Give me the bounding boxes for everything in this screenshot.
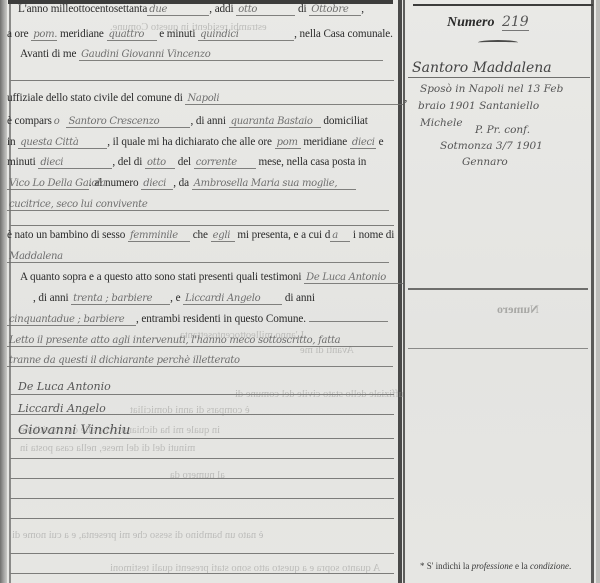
- form-line-comune: uffiziale dello stato civile del comune …: [7, 92, 407, 105]
- panel-divider: [408, 348, 588, 349]
- form-line-declarant: è comparso Santoro Crescenzo, di anni qu…: [7, 115, 368, 128]
- signature-rule: [10, 438, 394, 439]
- witness2-age-entry: cinquantadue ; barbiere: [7, 314, 136, 326]
- form-line-time: a ore pom. meridiane quattro e minuti qu…: [7, 28, 393, 41]
- record-number: Numero 219: [447, 14, 529, 31]
- form-line-date: L'anno milleottocentosettantadue, addi o…: [18, 3, 364, 16]
- blank-rule: [10, 518, 394, 519]
- form-line-birth-date: minuti dieci, del di otto del corrente m…: [7, 156, 366, 169]
- page-edge: [596, 0, 600, 583]
- day-entry: otto: [236, 4, 295, 16]
- birth-minutes-entry: dieci: [38, 157, 112, 169]
- blank-rule: [10, 553, 394, 554]
- marriage-annotation-line: Sotmonza 3/7 1901: [440, 140, 543, 152]
- signature-rule: [10, 394, 394, 395]
- child-name-entry: Maddalena: [7, 251, 389, 263]
- domicile-entry: questa Città: [18, 137, 107, 149]
- blank-rule: [10, 80, 394, 81]
- bleedthrough-text: al numero da: [170, 470, 225, 481]
- form-line-child: è nato un bambino di sesso femminile che…: [7, 229, 394, 242]
- register-page: estrambi residenti in questo Comune. L'a…: [0, 0, 600, 583]
- form-line-officer: Avanti di me Gaudini Giovanni Vincenzo: [20, 48, 383, 61]
- declarant-name-entry: Santoro Crescenzo: [66, 116, 190, 128]
- comune-entry: Napoli: [185, 93, 404, 105]
- section-rule: [10, 225, 394, 226]
- blank-rule: [10, 458, 394, 459]
- footnote: * S' indichi la professione e la condizi…: [420, 561, 571, 571]
- closing-entry-2: tranne da questi il dichiarante perchè i…: [7, 355, 393, 367]
- binding-edge: [0, 0, 7, 583]
- blank-rule: [10, 573, 394, 574]
- marriage-annotation-line: P. Pr. conf.: [475, 124, 530, 136]
- marriage-annotation-line: Gennaro: [462, 156, 508, 168]
- house-number-entry: dieci: [141, 178, 173, 190]
- bleedthrough-text: è nato un bambino di sesso che mi presen…: [12, 530, 263, 541]
- minutes-entry: quindici: [198, 29, 294, 41]
- month-entry: Ottobre: [309, 4, 361, 16]
- form-line-closing-2: tranne da questi il dichiarante perchè i…: [7, 354, 393, 367]
- signature-rule: [10, 414, 394, 415]
- birth-day-entry: otto: [145, 157, 175, 169]
- blank-rule: [10, 498, 394, 499]
- panel-divider: [408, 288, 588, 290]
- bleedthrough-text: minuti del di del mese, nella casa posta…: [20, 443, 195, 454]
- witness1-name-entry: De Luca Antonio: [304, 272, 403, 284]
- column-divider: [398, 0, 402, 583]
- birth-hour-entry: dieci: [350, 137, 376, 149]
- form-line-witness-ages: , di anni trenta ; barbiere, e Liccardi …: [7, 292, 315, 305]
- child-sex-entry: femminile: [128, 230, 190, 242]
- flourish-ornament: [478, 40, 518, 45]
- form-line-closing: Letto il presente atto agli intervenuti,…: [7, 334, 393, 347]
- record-number-value: 219: [502, 14, 529, 31]
- declarant-age-entry: quaranta Bastaio: [229, 116, 321, 128]
- witness1-age-entry: trenta ; barbiere: [71, 293, 170, 305]
- panel-rule: [408, 77, 590, 78]
- form-line-residence: cinquantadue ; barbiere, entrambi reside…: [7, 313, 388, 326]
- ore-entry: pom.: [31, 29, 57, 41]
- signature-witness-1: De Luca Antonio: [18, 380, 111, 393]
- birth-month-entry: corrente: [194, 157, 256, 169]
- signature-officer: Giovanni Vinchiu: [18, 423, 130, 438]
- form-line-domicile: in questa Città, il quale mi ha dichiara…: [7, 136, 383, 149]
- year-entry: due: [147, 4, 209, 16]
- marriage-annotation-line: Michele: [420, 117, 463, 129]
- form-line-mother-detail: cucitrice, seco lui convivente: [7, 198, 389, 211]
- form-line-child-name: Maddalena: [7, 250, 389, 263]
- street-entry: Vico Lo Della Gaiola: [7, 178, 89, 190]
- witness2-name-entry: Liccardi Angelo: [183, 293, 282, 305]
- hour-entry: quattro: [107, 29, 157, 41]
- panel-top-border: [413, 4, 593, 6]
- bleedthrough-numero: Numero: [497, 302, 539, 317]
- form-line-witnesses: A quanto sopra e a questo atto sono stat…: [20, 271, 403, 284]
- blank-rule: [10, 478, 394, 479]
- marriage-annotation-line: braio 1901 Santaniello: [418, 100, 539, 112]
- che-entry: egli: [211, 230, 235, 242]
- mother-detail-entry: cucitrice, seco lui convivente: [7, 199, 389, 211]
- subject-name: Santoro Maddalena: [412, 60, 552, 76]
- form-line-address: Vico Lo Della Gaiola. al numero dieci, d…: [7, 177, 356, 190]
- marriage-annotation-line: Sposò in Napoli nel 13 Feb: [420, 83, 563, 95]
- officer-name-entry: Gaudini Giovanni Vincenzo: [79, 49, 383, 61]
- closing-entry-1: Letto il presente atto agli intervenuti,…: [7, 335, 393, 347]
- mother-name-entry: Ambrosella Maria sua moglie,: [192, 178, 356, 190]
- birth-ore-entry: pom: [275, 137, 301, 149]
